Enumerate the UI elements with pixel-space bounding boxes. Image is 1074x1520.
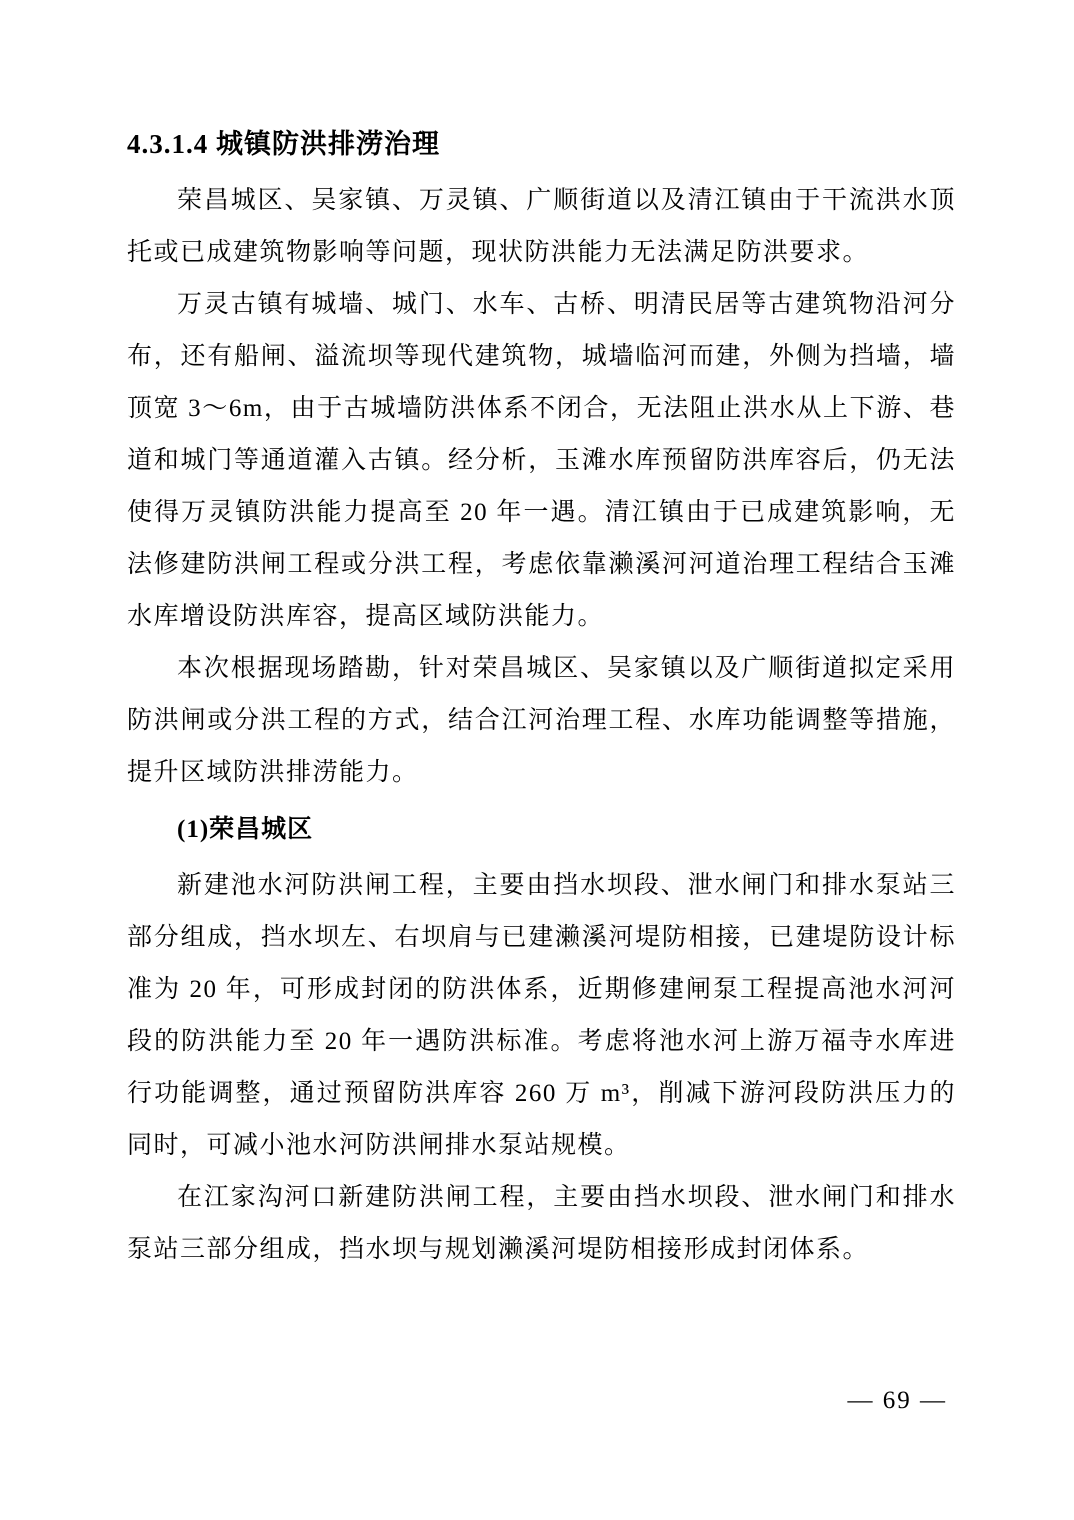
page-number: — 69 — [848,1385,948,1417]
paragraph-survey-plan: 本次根据现场踏勘，针对荣昌城区、吴家镇以及广顺街道拟定采用防洪闸或分洪工程的方式… [127,643,956,799]
subsection-heading-rongchang: (1)荣昌城区 [127,804,956,856]
document-page: 4.3.1.4 城镇防洪排涝治理 荣昌城区、吴家镇、万灵镇、广顺街道以及清江镇由… [0,0,1074,1520]
paragraph-overview: 荣昌城区、吴家镇、万灵镇、广顺街道以及清江镇由于干流洪水顶托或已成建筑物影响等问… [127,175,956,279]
paragraph-jiangjiagou-gate: 在江家沟河口新建防洪闸工程，主要由挡水坝段、泄水闸门和排水泵站三部分组成，挡水坝… [127,1172,956,1276]
paragraph-wanling-town: 万灵古镇有城墙、城门、水车、古桥、明清民居等古建筑物沿河分布，还有船闸、溢流坝等… [127,279,956,643]
section-title: 4.3.1.4 城镇防洪排涝治理 [127,125,956,163]
paragraph-chishui-river-gate: 新建池水河防洪闸工程，主要由挡水坝段、泄水闸门和排水泵站三部分组成，挡水坝左、右… [127,860,956,1172]
